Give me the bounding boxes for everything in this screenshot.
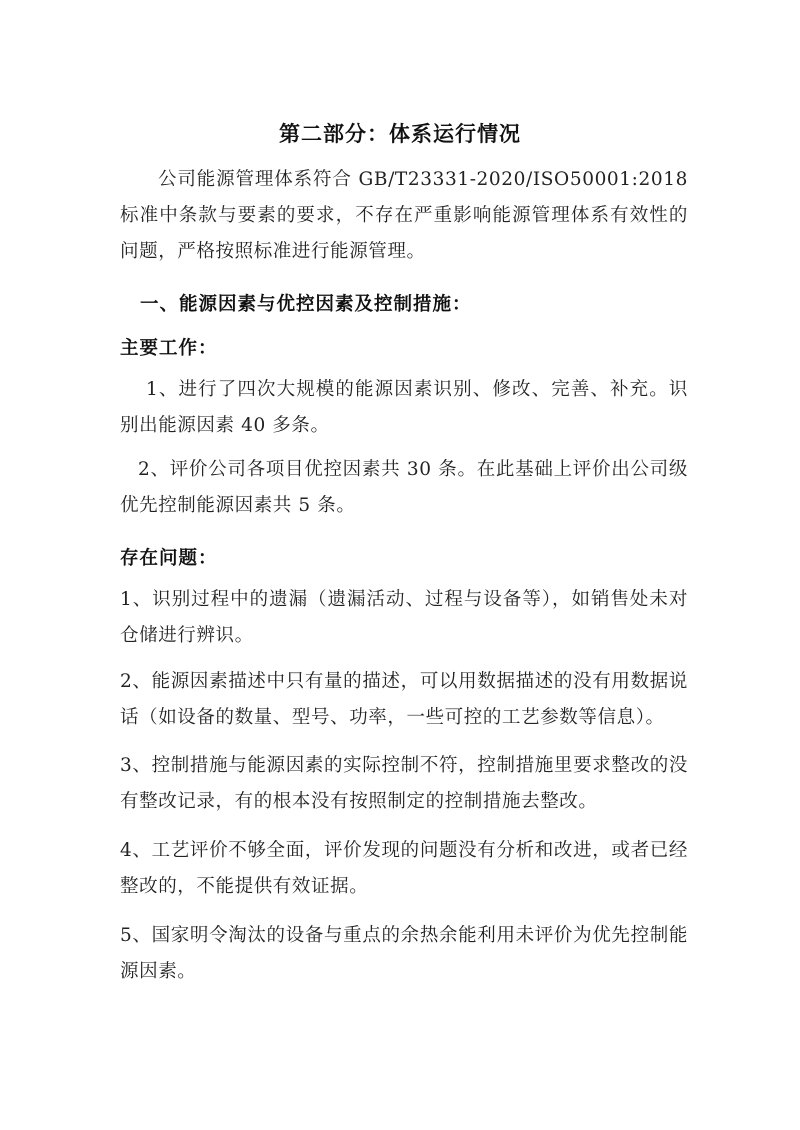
problem-item-5: 5、国家明令淘汰的设备与重点的余热余能利用未评价为优先控制能源因素。 [120,918,688,990]
main-work-item-2: 2、评价公司各项目优控因素共 30 条。在此基础上评价出公司级优先控制能源因素共… [120,452,688,524]
problem-item-1: 1、识别过程中的遗漏（遗漏活动、过程与设备等），如销售处未对仓储进行辨识。 [120,582,688,654]
intro-paragraph: 公司能源管理体系符合 GB/T23331-2020/ISO50001:2018 … [120,162,688,270]
document-page: 第二部分：体系运行情况 公司能源管理体系符合 GB/T23331-2020/IS… [0,0,800,1130]
page-title: 第二部分：体系运行情况 [0,118,800,148]
problem-item-3: 3、控制措施与能源因素的实际控制不符，控制措施里要求整改的没有整改记录，有的根本… [120,748,688,820]
main-work-item-1: 1、进行了四次大规模的能源因素识别、修改、完善、补充。识别出能源因素 40 多条… [120,372,688,444]
problem-item-2: 2、能源因素描述中只有量的描述，可以用数据描述的没有用数据说话（如设备的数量、型… [120,664,688,736]
section-heading: 一、能源因素与优控因素及控制措施： [140,290,472,316]
problem-item-4: 4、工艺评价不够全面，评价发现的问题没有分析和改进，或者已经整改的，不能提供有效… [120,833,688,905]
main-work-heading: 主要工作： [120,334,218,360]
problems-heading: 存在问题： [120,544,218,570]
